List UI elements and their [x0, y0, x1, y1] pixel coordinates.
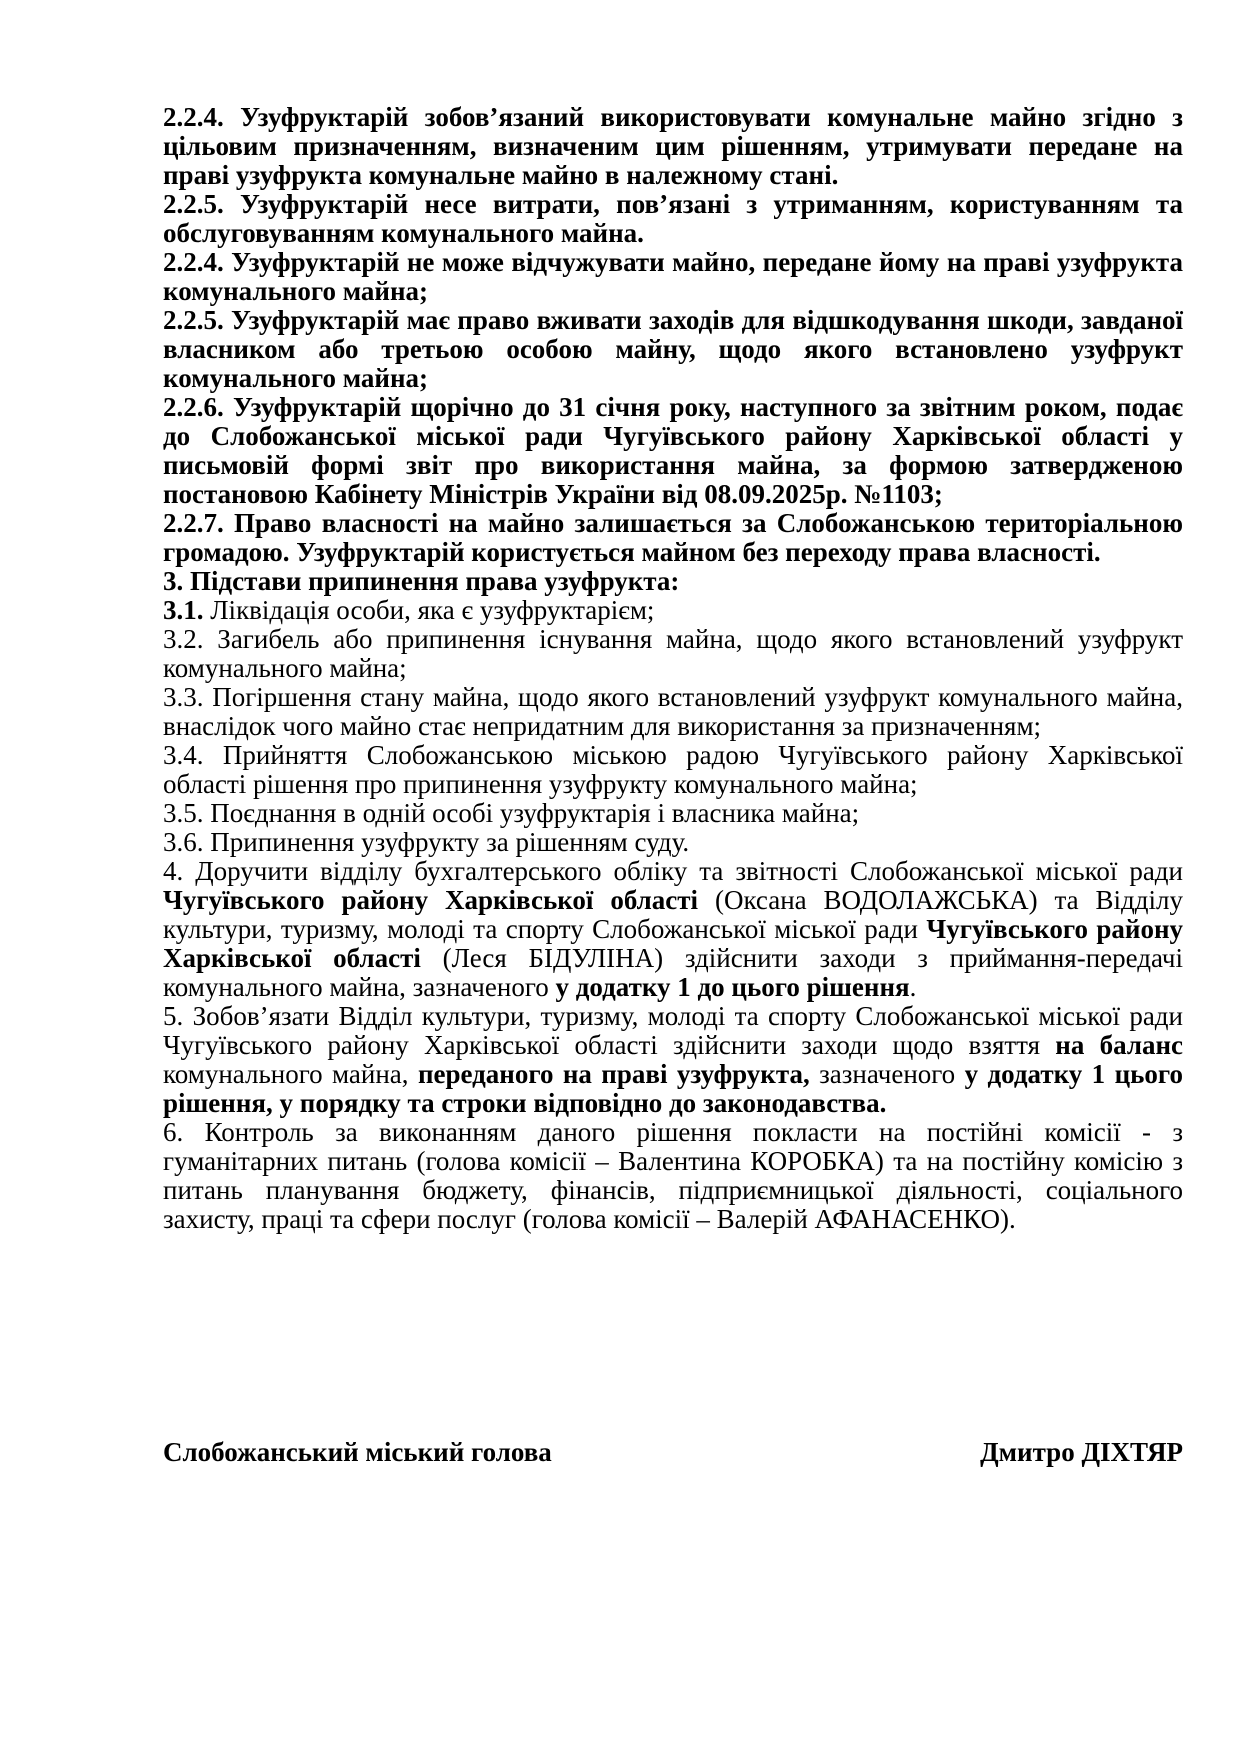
clause-6-control: 6. Контроль за виконанням даного рішення… — [163, 1118, 1183, 1234]
clause-2-2-5-damages: 2.2.5. Узуфруктарій має право вживати за… — [163, 306, 1183, 393]
clause-4-instruct: 4. Доручити відділу бухгалтерського облі… — [163, 857, 1183, 1002]
signature-row: Слобожанський міський голова Дмитро ДІХТ… — [163, 1437, 1183, 1467]
clause-3-4: 3.4. Прийняття Слобожанською міською рад… — [163, 741, 1183, 799]
clause-2-2-7-ownership: 2.2.7. Право власності на майно залишаєт… — [163, 509, 1183, 567]
clause-5-obligate: 5. Зобов’язати Відділ культури, туризму,… — [163, 1002, 1183, 1118]
signature-name: Дмитро ДІХТЯР — [980, 1437, 1183, 1467]
clause-2-2-4-usage: 2.2.4. Узуфруктарій зобов’язаний викорис… — [163, 103, 1183, 190]
document-body: 2.2.4. Узуфруктарій зобов’язаний викорис… — [163, 103, 1183, 1234]
clause-3-5: 3.5. Поєднання в одній особі узуфруктарі… — [163, 799, 1183, 828]
clause-2-2-5-expenses: 2.2.5. Узуфруктарій несе витрати, пов’яз… — [163, 190, 1183, 248]
clause-2-2-6-annual-report: 2.2.6. Узуфруктарій щорічно до 31 січня … — [163, 393, 1183, 509]
clause-2-2-4-no-alienation: 2.2.4. Узуфруктарій не може відчужувати … — [163, 248, 1183, 306]
document-page: 2.2.4. Узуфруктарій зобов’язаний викорис… — [0, 0, 1240, 1754]
clause-3-3: 3.3. Погіршення стану майна, щодо якого … — [163, 683, 1183, 741]
clause-3-6: 3.6. Припинення узуфрукту за рішенням су… — [163, 828, 1183, 857]
signature-title: Слобожанський міський голова — [163, 1437, 552, 1467]
clause-3-1: 3.1. Ліквідація особи, яка є узуфруктарі… — [163, 596, 1183, 625]
clause-3-2: 3.2. Загибель або припинення існування м… — [163, 625, 1183, 683]
section-3-heading: 3. Підстави припинення права узуфрукта: — [163, 567, 1183, 596]
